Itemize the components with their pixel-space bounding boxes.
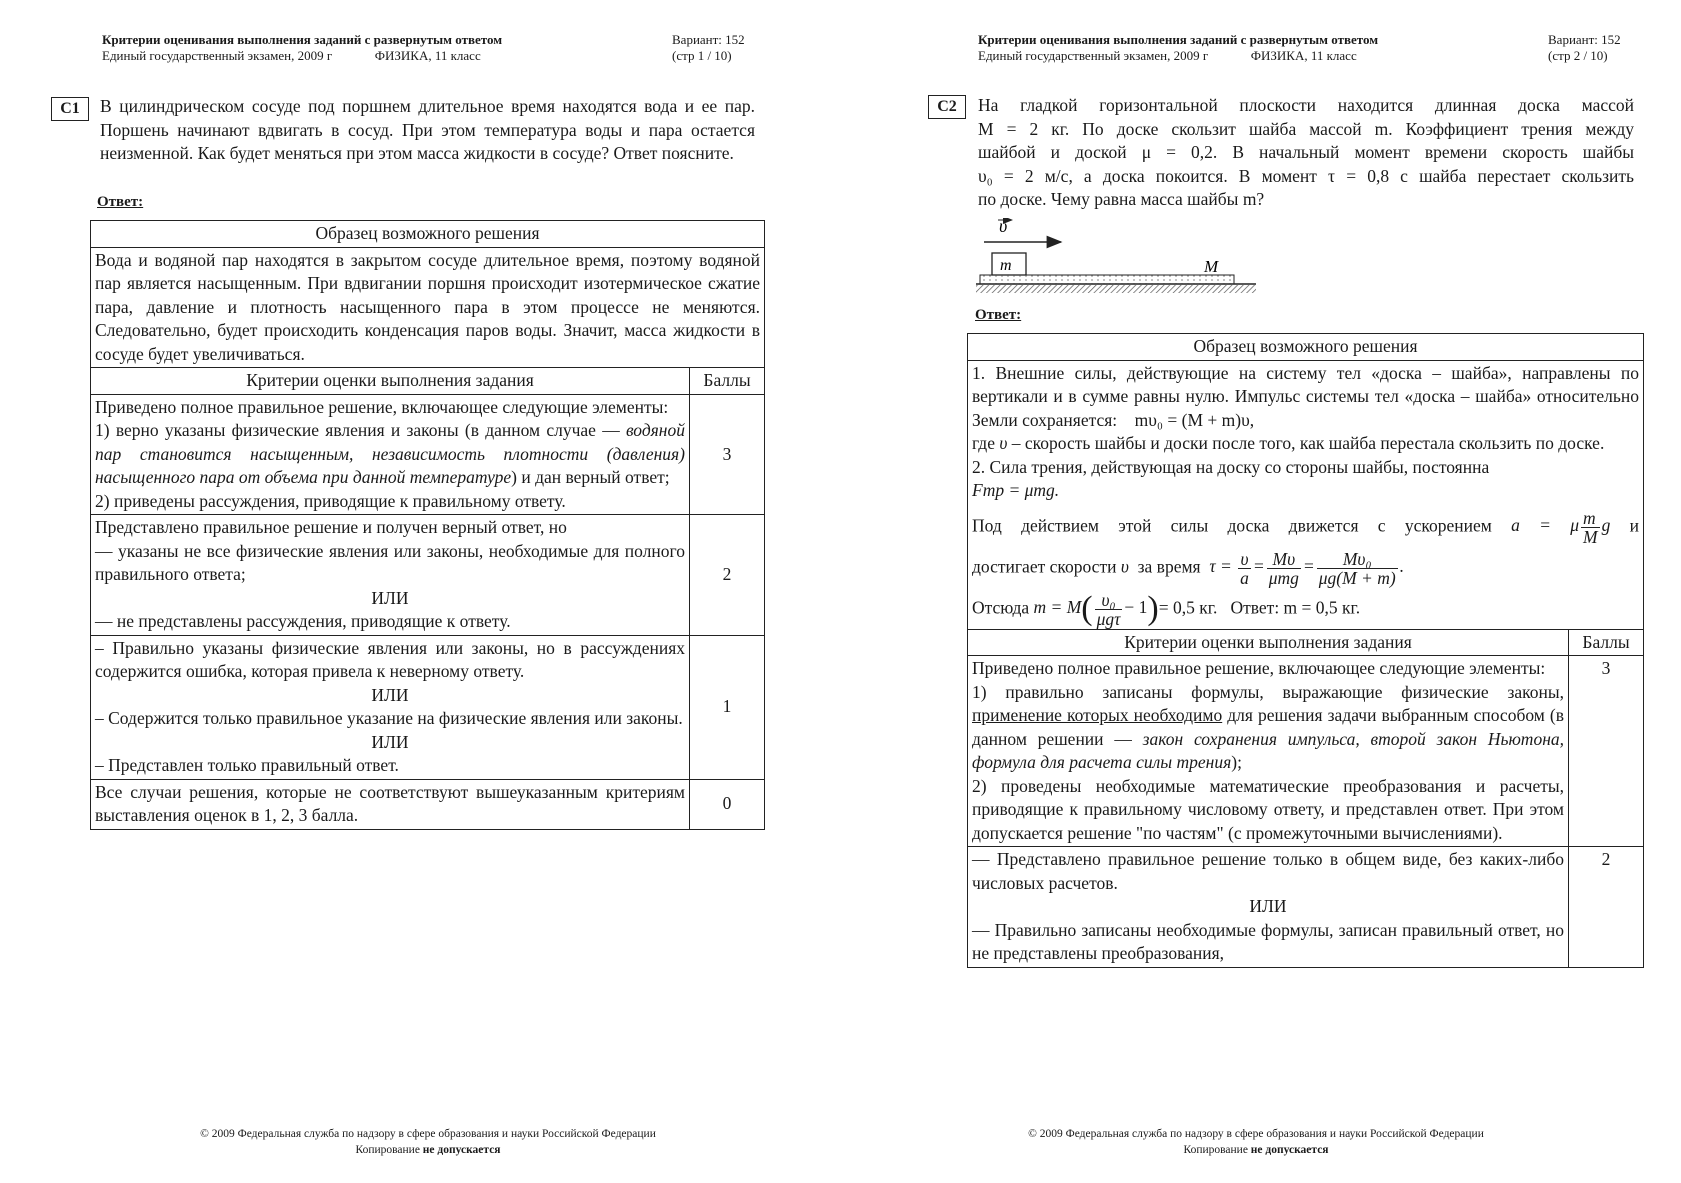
fraction-denominator: μmg: [1267, 569, 1301, 587]
final-answer: Ответ: m = 0,5 кг.: [1230, 597, 1360, 617]
criteria-line: – Представлен только правильный ответ.: [95, 755, 399, 775]
board-puck-figure: υ m M: [976, 218, 1276, 298]
task-text: На гладкой горизонтальной плоскости нахо…: [978, 94, 1634, 212]
solution-text-fragment: за время: [1129, 556, 1205, 576]
task-line: На гладкой горизонтальной плоскости нахо…: [978, 94, 1634, 118]
fraction-denominator: μgτ: [1095, 610, 1123, 628]
criteria-row: – Правильно указаны физические явления и…: [91, 635, 765, 779]
formula-part: τ =: [1209, 556, 1231, 576]
copyright-text: © 2009 Федеральная служба по надзору в с…: [976, 1126, 1536, 1142]
page-number: (стр 1 / 10): [672, 48, 745, 64]
solution-text-fragment: – скорость шайбы и доски после того, как…: [1007, 433, 1604, 453]
criteria-line: Представлено правильное решение и получе…: [95, 517, 567, 537]
copy-notice-bold: не допускается: [423, 1144, 501, 1156]
result-value: = 0,5 кг.: [1159, 597, 1218, 617]
criteria-line: — Правильно записаны необходимые формулы…: [972, 920, 1564, 964]
page-2: Критерии оценивания выполнения заданий с…: [876, 0, 1656, 1183]
time-formula: τ = υa=Mυμmg=Mυ₀μg(M + m).: [1209, 556, 1404, 576]
solution-text-fragment: достигает скорости: [972, 556, 1121, 576]
solution-header: Образец возможного решения: [968, 334, 1644, 361]
variable: υ: [1121, 556, 1129, 576]
mass-formula: m = M(υ₀μgτ− 1): [1034, 597, 1159, 617]
page-1: Критерии оценивания выполнения заданий с…: [0, 0, 780, 1183]
exam-name: Единый государственный экзамен, 2009 г: [102, 48, 332, 63]
criteria-item-underline: применение которых необходимо: [972, 705, 1222, 725]
criteria-item-suffix: );: [1231, 752, 1242, 772]
fraction-numerator: υ₀: [1095, 591, 1123, 610]
header-subtitle: Единый государственный экзамен, 2009 г Ф…: [102, 48, 502, 64]
variant-label: Вариант: 152: [672, 32, 745, 48]
criteria-text: – Правильно указаны физические явления и…: [91, 635, 690, 779]
score-value: 0: [690, 779, 765, 829]
acceleration-formula: a = μmMg: [1511, 515, 1610, 535]
copy-notice: Копирование не допускается: [976, 1142, 1536, 1158]
ground-hatch: [976, 285, 1256, 293]
copy-notice-prefix: Копирование: [1183, 1144, 1250, 1156]
task-label: C1: [51, 97, 89, 121]
criteria-row: — Представлено правильное решение только…: [968, 847, 1644, 968]
solution-paragraph: 1. Внешние силы, действующие на систему …: [972, 363, 1639, 430]
acceleration-line: Под действием этой силы доска движется с…: [972, 509, 1639, 546]
answer-label: Ответ:: [97, 194, 143, 211]
or-separator: ИЛИ: [95, 684, 685, 708]
criteria-table: Образец возможного решения 1. Внешние си…: [967, 333, 1644, 968]
formula-part: − 1: [1124, 597, 1147, 617]
criteria-text: Приведено полное правильное решение, вкл…: [968, 656, 1569, 847]
solution-header: Образец возможного решения: [91, 221, 765, 248]
task-label: C2: [928, 95, 966, 119]
copy-notice-prefix: Копирование: [355, 1144, 422, 1156]
result-line: Отсюда m = M(υ₀μgτ− 1)= 0,5 кг. Ответ: m…: [972, 591, 1639, 628]
task-line: M = 2 кг. По доске скользит шайба массой…: [978, 118, 1634, 142]
board-shape: [980, 275, 1234, 284]
answer-label: Ответ:: [975, 307, 1021, 324]
score-value: 2: [690, 515, 765, 636]
criteria-row: Приведено полное правильное решение, вкл…: [968, 656, 1644, 847]
criteria-item: 1) правильно записаны формулы, выражающи…: [972, 682, 1564, 702]
fraction-numerator: Mυ: [1267, 550, 1301, 569]
fraction-denominator: a: [1238, 569, 1251, 587]
score-header: Баллы: [1569, 629, 1644, 656]
criteria-text: Все случаи решения, которые не соответст…: [91, 779, 690, 829]
criteria-text: Приведено полное правильное решение, вкл…: [91, 394, 690, 515]
subject-name: ФИЗИКА, 11 класс: [1251, 48, 1357, 63]
criteria-intro: Приведено полное правильное решение, вкл…: [95, 397, 668, 417]
fraction-denominator: M: [1581, 528, 1600, 546]
fraction-numerator: Mυ₀: [1317, 550, 1398, 569]
criteria-line: – Правильно указаны физические явления и…: [95, 638, 685, 682]
score-value: 3: [690, 394, 765, 515]
header-title: Критерии оценивания выполнения заданий с…: [978, 32, 1378, 48]
criteria-item: 2) проведены необходимые математические …: [972, 776, 1564, 843]
page-number: (стр 2 / 10): [1548, 48, 1621, 64]
criteria-row: Все случаи решения, которые не соответст…: [91, 779, 765, 829]
criteria-row: Представлено правильное решение и получе…: [91, 515, 765, 636]
fraction-numerator: m: [1581, 509, 1600, 528]
solution-text: Вода и водяной пар находятся в закрытом …: [91, 247, 765, 368]
task-line: υ₀ = 2 м/с, а доска покоится. В момент τ…: [978, 165, 1634, 189]
criteria-text: — Представлено правильное решение только…: [968, 847, 1569, 968]
score-value: 3: [1569, 656, 1644, 847]
copy-notice: Копирование не допускается: [148, 1142, 708, 1158]
formula-part: a = μ: [1511, 515, 1579, 535]
page-footer: © 2009 Федеральная служба по надзору в с…: [976, 1126, 1536, 1158]
criteria-line: – Содержится только правильное указание …: [95, 708, 683, 728]
page-header: Критерии оценивания выполнения заданий с…: [978, 32, 1378, 64]
fraction-denominator: μg(M + m): [1317, 569, 1398, 587]
criteria-item: 2) приведены рассуждения, приводящие к п…: [95, 491, 566, 511]
page-header: Критерии оценивания выполнения заданий с…: [102, 32, 502, 64]
friction-formula: Fтр = μmg.: [972, 480, 1059, 500]
copy-notice-bold: не допускается: [1251, 1144, 1329, 1156]
task-line: по доске. Чему равна масса шайбы m?: [978, 188, 1634, 212]
solution-text-fragment: и: [1630, 515, 1639, 535]
solution-text-fragment: где: [972, 433, 999, 453]
score-value: 2: [1569, 847, 1644, 968]
criteria-header: Критерии оценки выполнения задания: [968, 629, 1569, 656]
variant-label: Вариант: 152: [1548, 32, 1621, 48]
criteria-line: — указаны не все физические явления или …: [95, 541, 685, 585]
solution-text-fragment: Отсюда: [972, 597, 1034, 617]
velocity-label: υ: [999, 218, 1007, 236]
copyright-text: © 2009 Федеральная служба по надзору в с…: [148, 1126, 708, 1142]
criteria-table: Образец возможного решения Вода и водяно…: [90, 220, 765, 830]
page-meta: Вариант: 152 (стр 1 / 10): [672, 32, 745, 64]
header-subtitle: Единый государственный экзамен, 2009 г Ф…: [978, 48, 1378, 64]
criteria-line: — не представлены рассуждения, приводящи…: [95, 611, 511, 631]
formula-part: m = M: [1034, 597, 1082, 617]
puck-label: m: [1000, 257, 1012, 274]
board-label: M: [1203, 257, 1219, 276]
criteria-item: 1) верно указаны физические явления и за…: [95, 420, 626, 440]
header-title: Критерии оценивания выполнения заданий с…: [102, 32, 502, 48]
time-line: достигает скорости υ за время τ = υa=Mυμ…: [972, 550, 1639, 587]
criteria-header: Критерии оценки выполнения задания: [91, 368, 690, 395]
score-value: 1: [690, 635, 765, 779]
criteria-row: Приведено полное правильное решение, вкл…: [91, 394, 765, 515]
or-separator: ИЛИ: [972, 895, 1564, 919]
score-header: Баллы: [690, 368, 765, 395]
task-text: В цилиндрическом сосуде под поршнем длит…: [100, 95, 755, 166]
or-separator: ИЛИ: [95, 587, 685, 611]
criteria-item-suffix: ) и дан верный ответ;: [511, 467, 670, 487]
or-separator: ИЛИ: [95, 731, 685, 755]
criteria-line: — Представлено правильное решение только…: [972, 849, 1564, 893]
page-footer: © 2009 Федеральная служба по надзору в с…: [148, 1126, 708, 1158]
formula-part: g: [1602, 515, 1611, 535]
criteria-intro: Приведено полное правильное решение, вкл…: [972, 658, 1545, 678]
solution-text: 1. Внешние силы, действующие на систему …: [968, 360, 1644, 629]
subject-name: ФИЗИКА, 11 класс: [375, 48, 481, 63]
momentum-formula: mυ₀ = (M + m)υ,: [1135, 410, 1254, 430]
solution-text-fragment: Под действием этой силы доска движется с…: [972, 515, 1492, 535]
exam-name: Единый государственный экзамен, 2009 г: [978, 48, 1208, 63]
task-line: шайбой и доской μ = 0,2. В начальный мом…: [978, 141, 1634, 165]
page-meta: Вариант: 152 (стр 2 / 10): [1548, 32, 1621, 64]
criteria-text: Представлено правильное решение и получе…: [91, 515, 690, 636]
fraction-numerator: υ: [1238, 550, 1251, 569]
solution-paragraph: 2. Сила трения, действующая на доску со …: [972, 457, 1489, 477]
